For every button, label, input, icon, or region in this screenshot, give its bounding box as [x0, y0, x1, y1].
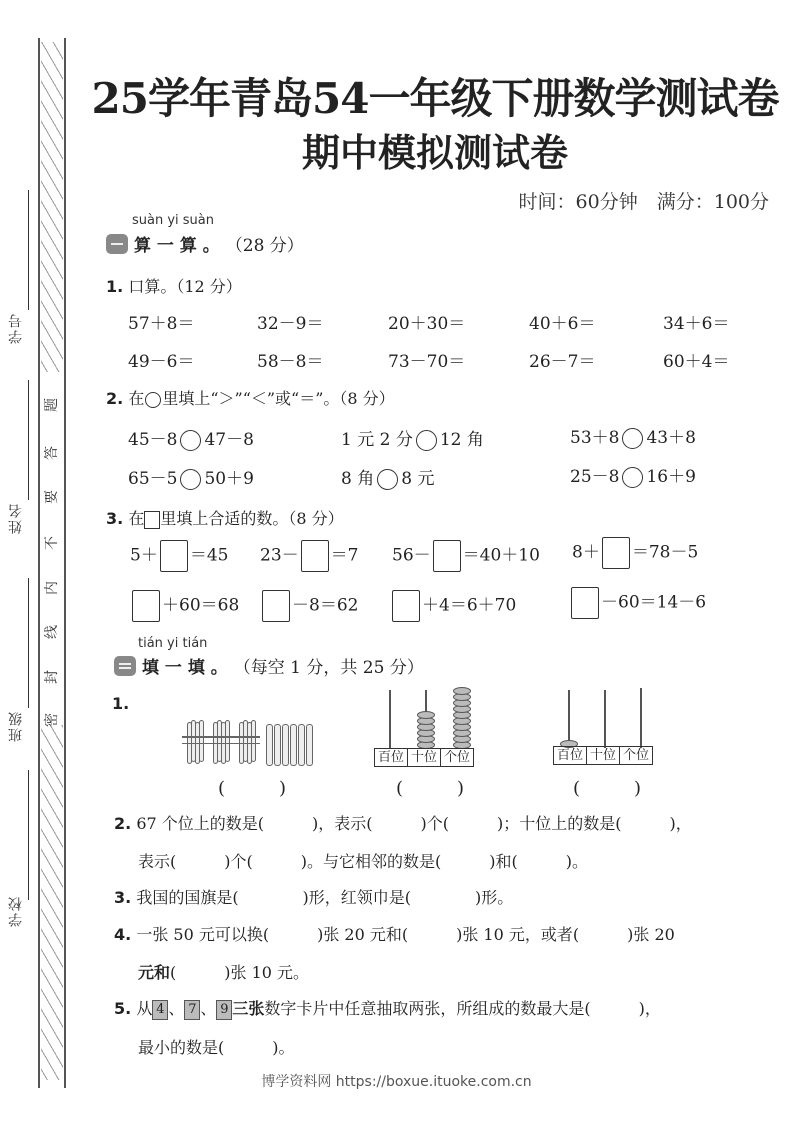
compare-answer-circle[interactable]	[622, 428, 643, 449]
oral-calc-item: 34＋6＝	[663, 309, 729, 334]
fill-box-item: ＋4＝6＋70	[390, 590, 516, 622]
section1-score: （28 分）	[226, 231, 304, 256]
q-number: 3.	[106, 509, 123, 528]
answer-box[interactable]	[433, 540, 461, 572]
answer-box[interactable]	[132, 590, 160, 622]
oral-calc-item: 32－9＝	[257, 309, 323, 334]
margin-field-xingming: 姓名	[6, 502, 26, 534]
compare-answer-circle[interactable]	[180, 430, 201, 451]
margin-seal-char: 密	[41, 713, 61, 727]
margin-line-left	[38, 38, 40, 1088]
ten-stick-bundle	[212, 720, 232, 764]
q2-4-line1: 4. 一张 50 元可以换( )张 20 元和( )张 10 元，或者( )张 …	[114, 922, 675, 945]
single-stick	[274, 724, 281, 766]
q2-4-line2: 元和( )张 10 元。	[138, 960, 309, 983]
blank-square-icon	[144, 511, 160, 529]
compare-answer-circle[interactable]	[622, 467, 643, 488]
single-stick	[290, 724, 297, 766]
q-number: 1.	[106, 277, 123, 296]
answer-blank[interactable]: ( )	[396, 774, 464, 800]
single-stick	[282, 724, 289, 766]
q-number: 1.	[112, 694, 129, 713]
section-number-one-icon	[106, 234, 128, 254]
answer-box[interactable]	[160, 540, 188, 572]
compare-item: 65－550＋9	[128, 464, 254, 490]
margin-underline-banji	[28, 578, 29, 708]
answer-blank[interactable]: ( )	[218, 774, 286, 800]
oral-calc-item: 26－7＝	[529, 347, 595, 372]
compare-answer-circle[interactable]	[180, 469, 201, 490]
number-card: 7	[184, 1000, 200, 1020]
compare-circle-icon	[145, 392, 161, 408]
section2-title: 填 一 填 。	[142, 653, 228, 678]
margin-line-right	[64, 38, 66, 1088]
q2-1-prompt: 1.	[112, 694, 129, 713]
sticks-figure	[186, 720, 316, 768]
abacus-label: 百位	[554, 747, 587, 764]
single-stick	[298, 724, 305, 766]
margin-seal-char: 要	[41, 490, 61, 504]
margin-seal-char: 题	[41, 398, 61, 412]
margin-hatch-top	[41, 42, 63, 372]
q-number: 2.	[106, 389, 123, 408]
fill-box-item: ＋60＝68	[130, 590, 239, 622]
oral-calc-item: 57＋8＝	[128, 309, 194, 334]
fill-box-item: －8＝62	[260, 590, 358, 622]
single-stick	[266, 724, 273, 766]
footer-watermark: 博学资料网 https://boxue.ituoke.com.cn	[0, 1071, 793, 1091]
abacus-figure-1: 百位 十位 个位	[374, 688, 478, 766]
section1-pinyin: suàn yi suàn	[132, 213, 214, 228]
oral-calc-item: 73－70＝	[388, 347, 465, 372]
compare-item: 8 角8 元	[341, 464, 434, 490]
abacus-label: 百位	[375, 749, 408, 766]
section2-score: （每空 1 分，共 25 分）	[234, 653, 424, 678]
q2-3-line1: 3. 我国的国旗是( )形，红领巾是( )形。	[114, 885, 513, 908]
section2-pinyin: tián yi tián	[138, 636, 207, 651]
page-title: 25学年青岛54一年级下册数学测试卷	[90, 66, 780, 126]
fill-box-item: 23－＝7	[260, 540, 358, 572]
ten-stick-bundle	[186, 720, 206, 764]
compare-item: 45－847－8	[128, 425, 254, 451]
fill-box-item: －60＝14－6	[569, 587, 706, 619]
section1-title: 算 一 算 。	[134, 231, 220, 256]
margin-seal-char: 线	[41, 625, 61, 639]
margin-seal-char: 不	[41, 536, 61, 550]
compare-item: 1 元 2 分12 角	[341, 425, 484, 451]
compare-answer-circle[interactable]	[416, 430, 437, 451]
section-number-two-icon	[114, 656, 136, 676]
q2-5-line1: 5. 从4、7、9三张数字卡片中任意抽取两张，所组成的数最大是( )，	[114, 996, 661, 1020]
fill-box-item: 8＋＝78－5	[572, 537, 698, 569]
abacus-label: 十位	[587, 747, 620, 764]
q1-2-prompt: 2. 在里填上“＞”“＜”或“＝”。（8 分）	[106, 386, 395, 409]
oral-calc-item: 60＋4＝	[663, 347, 729, 372]
number-card: 4	[152, 1000, 168, 1020]
abacus-label: 个位	[620, 747, 652, 764]
margin-underline-xuexiao	[28, 770, 29, 900]
margin-underline-xuehao	[28, 190, 29, 310]
answer-box[interactable]	[392, 590, 420, 622]
answer-blank[interactable]: ( )	[573, 774, 641, 800]
margin-seal-char: 封	[41, 670, 61, 684]
ten-stick-bundle	[238, 720, 258, 764]
abacus-label: 十位	[408, 749, 441, 766]
oral-calc-item: 40＋6＝	[529, 309, 595, 334]
fill-box-item: 56－＝40＋10	[392, 540, 540, 572]
abacus-label: 个位	[441, 749, 473, 766]
oral-calc-item: 58－8＝	[257, 347, 323, 372]
margin-field-xuexiao: 学校	[6, 895, 26, 927]
compare-item: 25－816＋9	[570, 462, 696, 488]
answer-box[interactable]	[301, 540, 329, 572]
answer-box[interactable]	[262, 590, 290, 622]
compare-answer-circle[interactable]	[377, 469, 398, 490]
margin-hatch-bottom	[41, 725, 63, 1080]
section2-heading: 填 一 填 。 （每空 1 分，共 25 分）	[114, 653, 424, 678]
abacus-figure-2: 百位 十位 个位	[553, 688, 657, 766]
page-subtitle: 期中模拟测试卷	[90, 122, 780, 177]
q1-1-prompt: 1. 口算。（12 分）	[106, 274, 242, 297]
oral-calc-item: 20＋30＝	[388, 309, 465, 334]
section1-heading: 算 一 算 。 （28 分）	[106, 231, 304, 256]
margin-field-xuehao: 学号	[6, 312, 26, 344]
margin-field-banji: 班级	[6, 710, 26, 742]
fill-box-item: 5＋＝45	[130, 540, 228, 572]
margin-seal-char: 答	[41, 446, 61, 460]
q2-2-line1: 2. 67 个位上的数是( )，表示( )个( )；十位上的数是( )，	[114, 811, 692, 834]
q2-5-line2: 最小的数是( )。	[138, 1035, 295, 1058]
q2-2-line2: 表示( )个( )。与它相邻的数是( )和( )。	[138, 849, 588, 872]
answer-box[interactable]	[571, 587, 599, 619]
margin-underline-xingming	[28, 380, 29, 500]
single-stick	[306, 724, 313, 766]
answer-box[interactable]	[602, 537, 630, 569]
margin-seal-char: 内	[41, 581, 61, 595]
oral-calc-item: 49－6＝	[128, 347, 194, 372]
q1-3-prompt: 3. 在里填上合适的数。（8 分）	[106, 506, 344, 529]
number-card: 9	[216, 1000, 232, 1020]
compare-item: 53＋843＋8	[570, 423, 696, 449]
exam-meta: 时间：60分钟 满分：100分	[519, 187, 769, 214]
